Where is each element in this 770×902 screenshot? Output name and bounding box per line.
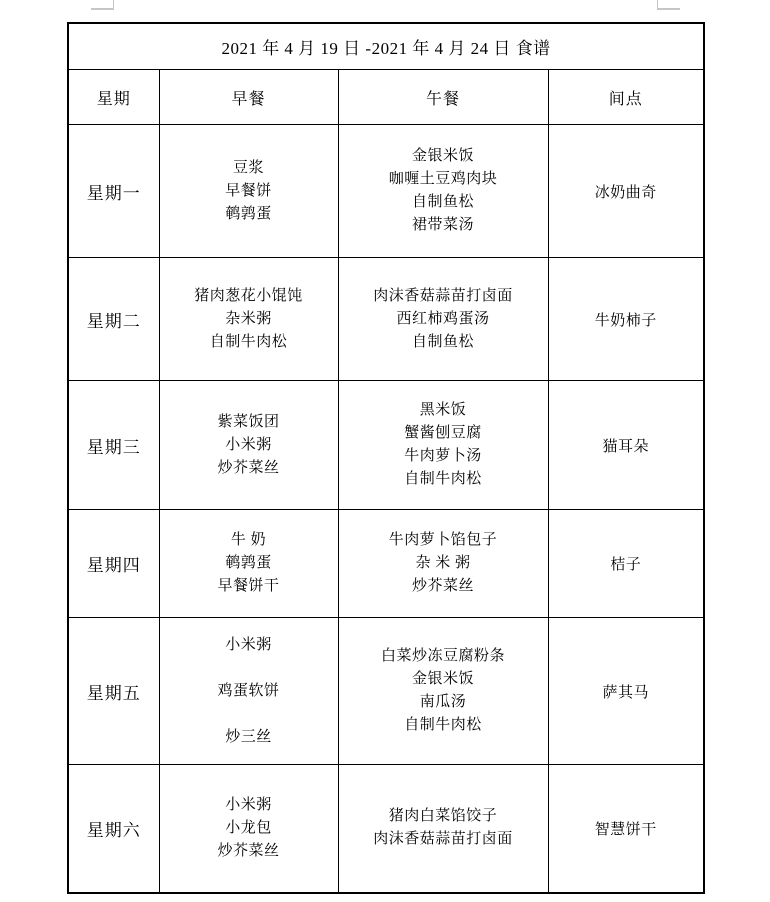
menu-item-line: 自制牛肉松 [343, 468, 544, 491]
breakfast-cell: 猪肉葱花小馄饨杂米粥自制牛肉松 [159, 258, 338, 381]
menu-item-line: 早餐饼干 [164, 575, 334, 598]
menu-item-line: 牛肉萝卜汤 [343, 445, 544, 468]
day-cell: 星期五 [68, 618, 159, 765]
menu-item-line: 杂 米 粥 [343, 552, 544, 575]
menu-item-line: 自制鱼松 [343, 331, 544, 354]
menu-row: 星期六小米粥小龙包炒芥菜丝猪肉白菜馅饺子肉沫香菇蒜苗打卤面智慧饼干 [68, 765, 704, 893]
menu-item-line: 肉沫香菇蒜苗打卤面 [343, 285, 544, 308]
menu-row: 星期五小米粥 鸡蛋软饼 炒三丝白菜炒冻豆腐粉条金银米饭南瓜汤自制牛肉松萨其马 [68, 618, 704, 765]
lunch-cell: 黑米饭蟹酱刨豆腐牛肉萝卜汤自制牛肉松 [338, 381, 548, 510]
snack-cell: 猫耳朵 [548, 381, 704, 510]
menu-item-line: 小米粥 [164, 794, 334, 817]
menu-item-line: 牛 奶 [164, 529, 334, 552]
menu-item-line: 自制鱼松 [343, 191, 544, 214]
column-header-snack: 间点 [548, 70, 704, 125]
menu-item-line [164, 703, 334, 726]
menu-item-line: 小米粥 [164, 634, 334, 657]
menu-item-line: 蟹酱刨豆腐 [343, 422, 544, 445]
menu-item-line: 豆浆 [164, 157, 334, 180]
lunch-cell: 白菜炒冻豆腐粉条金银米饭南瓜汤自制牛肉松 [338, 618, 548, 765]
menu-row: 星期四牛 奶鹌鹑蛋早餐饼干牛肉萝卜馅包子杂 米 粥炒芥菜丝桔子 [68, 510, 704, 618]
menu-item-line: 黑米饭 [343, 399, 544, 422]
menu-item-line: 自制牛肉松 [164, 331, 334, 354]
breakfast-cell: 小米粥小龙包炒芥菜丝 [159, 765, 338, 893]
menu-item-line: 肉沫香菇蒜苗打卤面 [343, 828, 544, 851]
lunch-cell: 猪肉白菜馅饺子肉沫香菇蒜苗打卤面 [338, 765, 548, 893]
menu-item-line: 紫菜饭团 [164, 411, 334, 434]
menu-item-line: 早餐饼 [164, 180, 334, 203]
menu-item-line: 杂米粥 [164, 308, 334, 331]
column-header-breakfast: 早餐 [159, 70, 338, 125]
page-margin-mark-left [91, 0, 114, 10]
column-header-lunch: 午餐 [338, 70, 548, 125]
table-title: 2021 年 4 月 19 日 -2021 年 4 月 24 日 食谱 [68, 23, 704, 70]
lunch-cell: 金银米饭咖喱土豆鸡肉块自制鱼松裙带菜汤 [338, 125, 548, 258]
snack-cell: 智慧饼干 [548, 765, 704, 893]
header-row: 星期 早餐 午餐 间点 [68, 70, 704, 125]
weekly-menu-table: 2021 年 4 月 19 日 -2021 年 4 月 24 日 食谱 星期 早… [67, 22, 705, 894]
menu-item-line: 猪肉葱花小馄饨 [164, 285, 334, 308]
menu-item-line [164, 657, 334, 680]
title-row: 2021 年 4 月 19 日 -2021 年 4 月 24 日 食谱 [68, 23, 704, 70]
menu-item-line: 金银米饭 [343, 668, 544, 691]
snack-cell: 牛奶柿子 [548, 258, 704, 381]
day-cell: 星期一 [68, 125, 159, 258]
breakfast-cell: 豆浆早餐饼鹌鹑蛋 [159, 125, 338, 258]
menu-item-line: 南瓜汤 [343, 691, 544, 714]
menu-table-body: 星期一豆浆早餐饼鹌鹑蛋金银米饭咖喱土豆鸡肉块自制鱼松裙带菜汤冰奶曲奇星期二猪肉葱… [68, 125, 704, 893]
menu-item-line: 小米粥 [164, 434, 334, 457]
menu-item-line: 鹌鹑蛋 [164, 552, 334, 575]
menu-item-line: 小龙包 [164, 817, 334, 840]
menu-item-line: 咖喱土豆鸡肉块 [343, 168, 544, 191]
snack-cell: 桔子 [548, 510, 704, 618]
menu-item-line: 鸡蛋软饼 [164, 680, 334, 703]
menu-item-line: 白菜炒冻豆腐粉条 [343, 645, 544, 668]
breakfast-cell: 小米粥 鸡蛋软饼 炒三丝 [159, 618, 338, 765]
menu-item-line: 鹌鹑蛋 [164, 203, 334, 226]
day-cell: 星期二 [68, 258, 159, 381]
lunch-cell: 肉沫香菇蒜苗打卤面西红柿鸡蛋汤自制鱼松 [338, 258, 548, 381]
breakfast-cell: 牛 奶鹌鹑蛋早餐饼干 [159, 510, 338, 618]
day-cell: 星期六 [68, 765, 159, 893]
menu-row: 星期三紫菜饭团小米粥炒芥菜丝黑米饭蟹酱刨豆腐牛肉萝卜汤自制牛肉松猫耳朵 [68, 381, 704, 510]
menu-item-line: 牛肉萝卜馅包子 [343, 529, 544, 552]
lunch-cell: 牛肉萝卜馅包子杂 米 粥炒芥菜丝 [338, 510, 548, 618]
menu-row: 星期二猪肉葱花小馄饨杂米粥自制牛肉松肉沫香菇蒜苗打卤面西红柿鸡蛋汤自制鱼松牛奶柿… [68, 258, 704, 381]
snack-cell: 冰奶曲奇 [548, 125, 704, 258]
menu-item-line: 炒芥菜丝 [164, 840, 334, 863]
column-header-day: 星期 [68, 70, 159, 125]
page: { "title": "2021 年 4 月 19 日 -2021 年 4 月 … [0, 0, 770, 902]
snack-cell: 萨其马 [548, 618, 704, 765]
menu-item-line: 自制牛肉松 [343, 714, 544, 737]
menu-item-line: 金银米饭 [343, 145, 544, 168]
menu-item-line: 炒芥菜丝 [164, 457, 334, 480]
menu-item-line: 猪肉白菜馅饺子 [343, 805, 544, 828]
menu-item-line: 炒芥菜丝 [343, 575, 544, 598]
breakfast-cell: 紫菜饭团小米粥炒芥菜丝 [159, 381, 338, 510]
menu-item-line: 西红柿鸡蛋汤 [343, 308, 544, 331]
menu-row: 星期一豆浆早餐饼鹌鹑蛋金银米饭咖喱土豆鸡肉块自制鱼松裙带菜汤冰奶曲奇 [68, 125, 704, 258]
day-cell: 星期四 [68, 510, 159, 618]
menu-item-line: 炒三丝 [164, 726, 334, 749]
menu-item-line: 裙带菜汤 [343, 214, 544, 237]
day-cell: 星期三 [68, 381, 159, 510]
page-margin-mark-right [657, 0, 680, 10]
